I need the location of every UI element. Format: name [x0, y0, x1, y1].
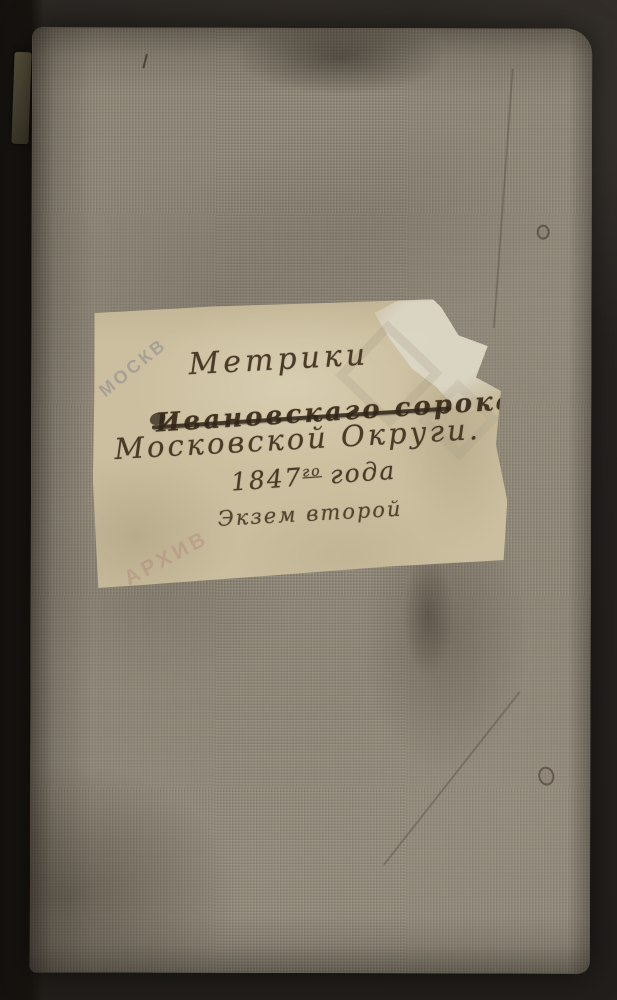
label-copy-line: Экзем второй: [217, 497, 403, 531]
paper-label: МОСКВ АРХИВ Метрики Ивановскаго сорока М…: [89, 298, 509, 588]
small-ring-mark: [537, 225, 550, 240]
year-suffix: го: [302, 463, 323, 480]
spine-binding-sliver: [11, 52, 31, 145]
year-word: года: [329, 456, 397, 490]
photo-backdrop: МОСКВ АРХИВ Метрики Ивановскаго сорока М…: [0, 0, 617, 1000]
label-year-line: 1847гогода: [230, 456, 397, 497]
book-cover: МОСКВ АРХИВ Метрики Ивановскаго сорока М…: [30, 27, 592, 973]
year-number: 1847: [230, 463, 304, 497]
faint-stamp-moscow: МОСКВ: [95, 334, 171, 401]
